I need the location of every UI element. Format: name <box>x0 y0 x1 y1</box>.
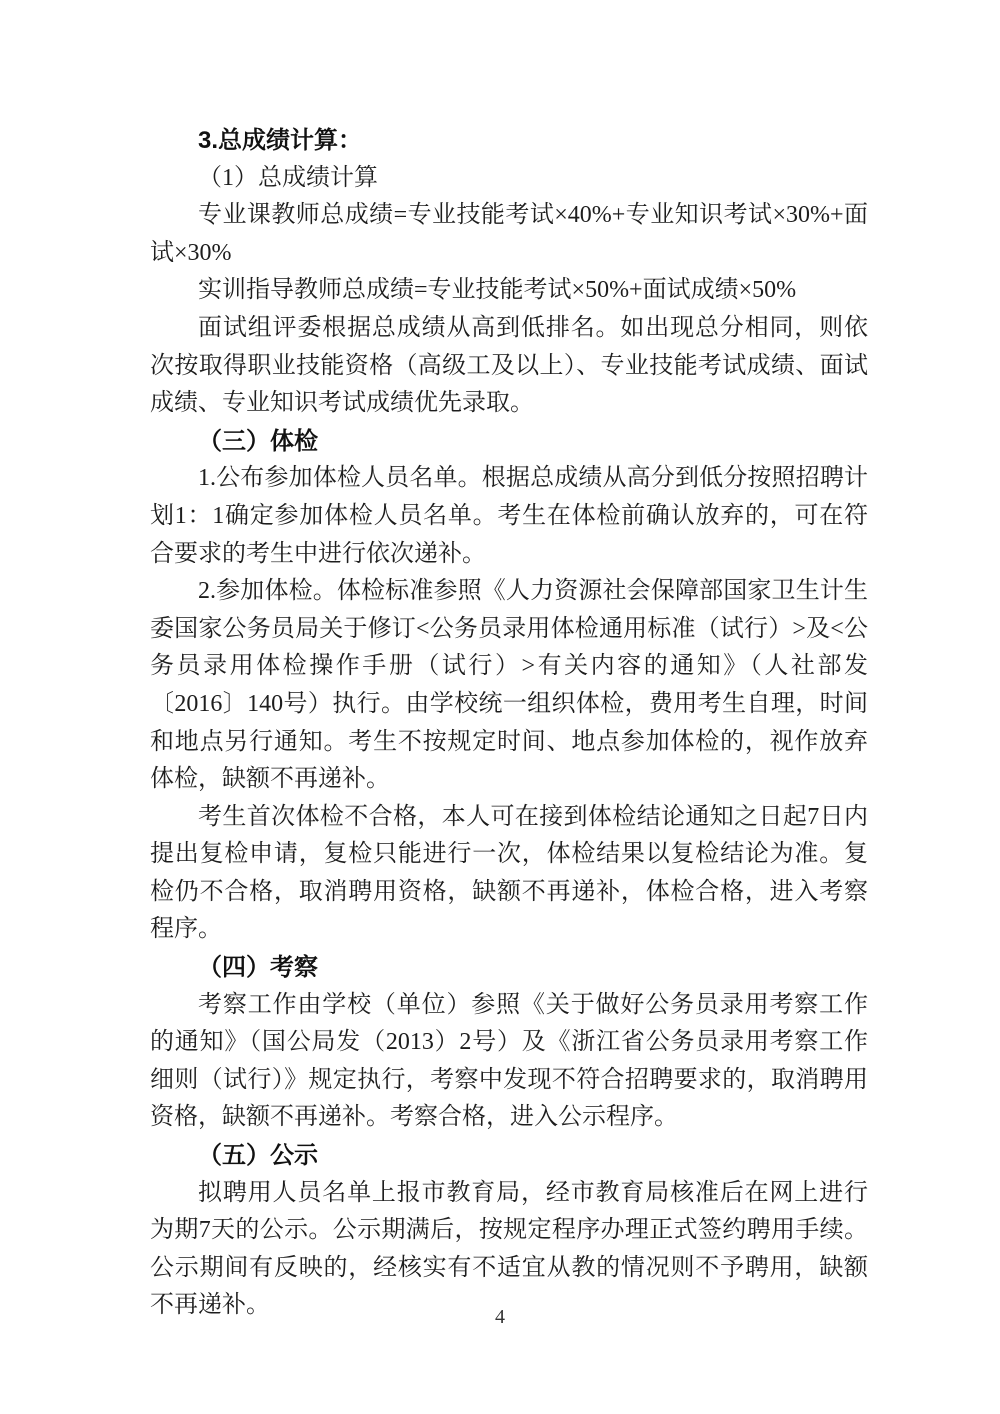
paragraph-formula-training-teacher: 实训指导教师总成绩=专业技能考试×50%+面试成绩×50% <box>150 272 868 310</box>
document-page: 3.总成绩计算： （1）总成绩计算 专业课教师总成绩=专业技能考试×40%+专业… <box>0 0 1000 1414</box>
paragraph-formula-subject-teacher: 专业课教师总成绩=专业技能考试×40%+专业知识考试×30%+面试×30% <box>150 197 868 272</box>
section-heading-inspection: （四）考察 <box>150 949 868 987</box>
paragraph-exam-standard: 2.参加体检。体检标准参照《人力资源社会保障部国家卫生计生委国家公务员局关于修订… <box>150 573 868 799</box>
paragraph-publicity-rules: 拟聘用人员名单上报市教育局，经市教育局核准后在网上进行为期7天的公示。公示期满后… <box>150 1175 868 1325</box>
paragraph: （1）总成绩计算 <box>150 160 868 198</box>
paragraph-exam-recheck: 考生首次体检不合格，本人可在接到体检结论通知之日起7日内提出复检申请，复检只能进… <box>150 799 868 949</box>
paragraph-inspection-rules: 考察工作由学校（单位）参照《关于做好公务员录用考察工作的通知》（国公局发（201… <box>150 987 868 1137</box>
paragraph-exam-list: 1.公布参加体检人员名单。根据总成绩从高分到低分按照招聘计划1：1确定参加体检人… <box>150 460 868 573</box>
page-number: 4 <box>0 1306 1000 1329</box>
section-heading-physical-exam: （三）体检 <box>150 423 868 461</box>
section-heading-publicity: （五）公示 <box>150 1137 868 1175</box>
document-body: 3.总成绩计算： （1）总成绩计算 专业课教师总成绩=专业技能考试×40%+专业… <box>150 122 868 1325</box>
section-heading-total-score: 3.总成绩计算： <box>150 122 868 160</box>
paragraph-ranking-rules: 面试组评委根据总成绩从高到低排名。如出现总分相同，则依次按取得职业技能资格（高级… <box>150 310 868 423</box>
